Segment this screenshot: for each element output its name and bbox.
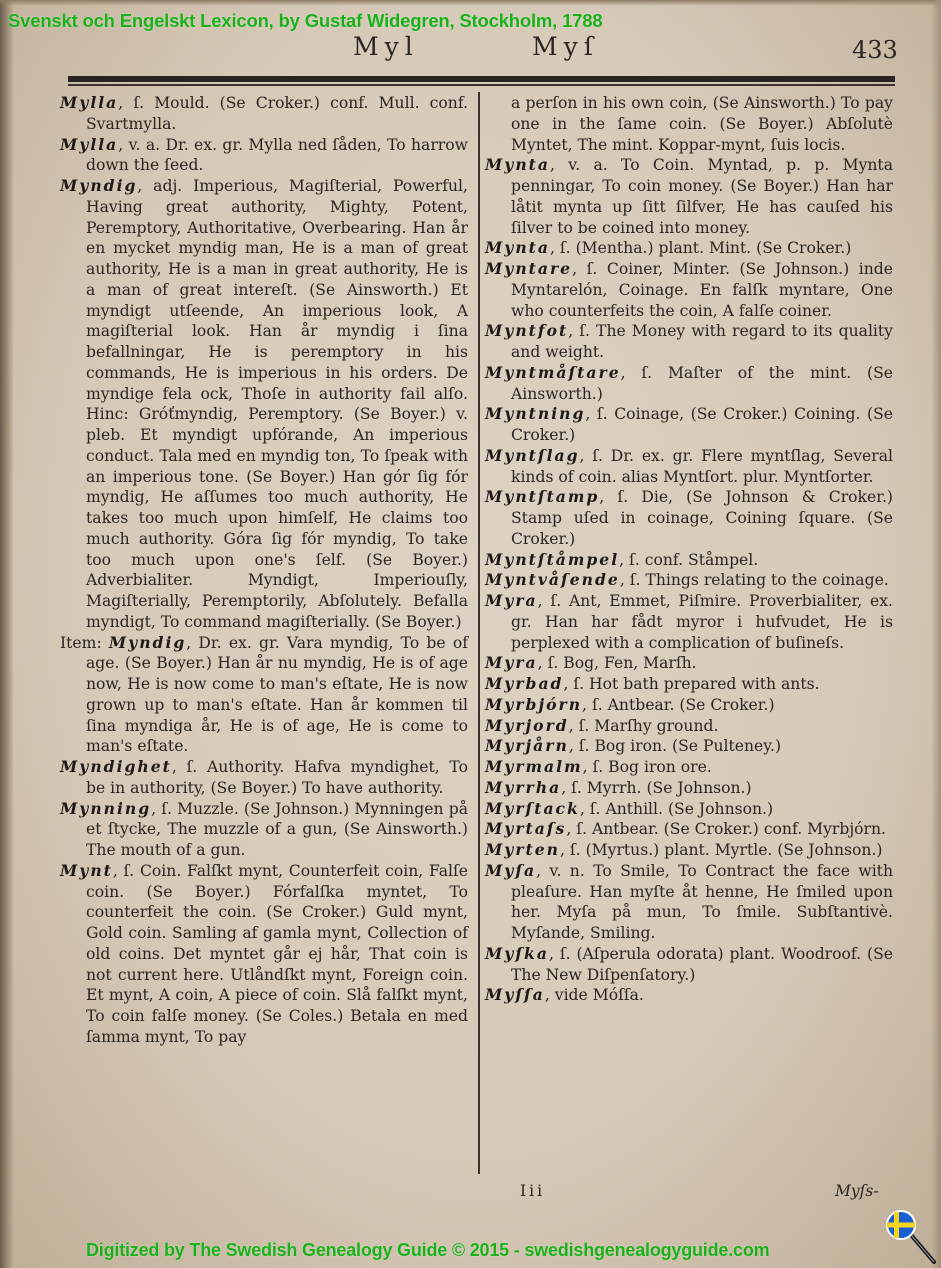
dictionary-entry: Myrjord, ſ. Marſhy ground. bbox=[485, 716, 893, 737]
dictionary-entry: Myrjårn, ſ. Bog iron. (Se Pulteney.) bbox=[485, 736, 893, 757]
entry-headword: Myrbjórn bbox=[485, 695, 582, 714]
entry-definition: , v. a. Dr. ex. gr. Mylla ned ſåden, To … bbox=[86, 136, 468, 175]
running-head-left: Myl bbox=[353, 32, 419, 61]
entry-headword: Myntning bbox=[485, 404, 585, 423]
running-head-right: Myſ bbox=[532, 32, 599, 61]
header-rule bbox=[68, 76, 895, 82]
entry-headword: Myntvåſende bbox=[485, 570, 620, 589]
entry-headword: Mylla bbox=[60, 93, 118, 112]
entry-headword: Myndighet bbox=[60, 757, 172, 776]
dictionary-entry: Myrbad, ſ. Hot bath prepared with ants. bbox=[485, 674, 893, 695]
dictionary-entry: Item: Myndig, Dr. ex. gr. Vara myndig, T… bbox=[60, 633, 468, 758]
entry-definition: , ſ. Hot bath prepared with ants. bbox=[563, 675, 819, 693]
entry-headword: Myrbad bbox=[485, 674, 563, 693]
dictionary-entry: Myntmåſtare, ſ. Maſter of the mint. (Se … bbox=[485, 363, 893, 405]
entry-definition: , ſ. Bog, Fen, Marſh. bbox=[538, 654, 697, 672]
entry-headword: Myndig bbox=[109, 633, 186, 652]
signature-mark: Iii bbox=[520, 1182, 545, 1200]
dictionary-entry: a perſon in his own coin, (Se Ainsworth.… bbox=[485, 93, 893, 155]
dictionary-entry: Myntſlag, ſ. Dr. ex. gr. Flere myntſlag,… bbox=[485, 446, 893, 488]
entry-definition: , ſ. Myrrh. (Se Johnson.) bbox=[561, 779, 751, 797]
dictionary-entry: Myrrha, ſ. Myrrh. (Se Johnson.) bbox=[485, 778, 893, 799]
entry-headword: Myſa bbox=[485, 861, 536, 880]
entry-headword: Myntare bbox=[485, 259, 572, 278]
entry-definition: , ſ. Ant, Emmet, Piſmire. Proverbialiter… bbox=[511, 592, 893, 652]
dictionary-entry: Mynning, ſ. Muzzle. (Se Johnson.) Mynnin… bbox=[60, 799, 468, 861]
entry-definition: a perſon in his own coin, (Se Ainsworth.… bbox=[511, 94, 893, 154]
entry-headword: Myrſtack bbox=[485, 799, 580, 818]
dictionary-entry: Mynta, ſ. (Mentha.) plant. Mint. (Se Cro… bbox=[485, 238, 893, 259]
entry-headword: Myrmalm bbox=[485, 757, 583, 776]
entry-headword: Myrrha bbox=[485, 778, 561, 797]
header-rule-thin bbox=[68, 84, 895, 86]
entry-definition: , ſ. Mould. (Se Croker.) conf. Mull. con… bbox=[86, 94, 468, 133]
entry-definition: , ſ. (Aſperula odorata) plant. Woodroof.… bbox=[511, 945, 893, 984]
dictionary-entry: Myrten, ſ. (Myrtus.) plant. Myrtle. (Se … bbox=[485, 840, 893, 861]
entry-definition: , ſ. Anthill. (Se Johnson.) bbox=[580, 800, 773, 818]
entry-definition: , ſ. (Myrtus.) plant. Myrtle. (Se Johnso… bbox=[560, 841, 883, 859]
entry-headword: Myra bbox=[485, 591, 538, 610]
dictionary-entry: Myndighet, ſ. Authority. Hafva myndighet… bbox=[60, 757, 468, 799]
entry-headword: Myntſlag bbox=[485, 446, 580, 465]
dictionary-entry: Mynt, ſ. Coin. Falſkt mynt, Counterfeit … bbox=[60, 861, 468, 1048]
entry-definition: , ſ. (Mentha.) plant. Mint. (Se Croker.) bbox=[550, 239, 851, 257]
dictionary-entry: Myntare, ſ. Coiner, Minter. (Se Johnson.… bbox=[485, 259, 893, 321]
page-shadow-top bbox=[0, 0, 941, 6]
dictionary-entry: Myſſa, vide Móſſa. bbox=[485, 985, 893, 1006]
entry-headword: Mynta bbox=[485, 238, 550, 257]
watermark-credit: Digitized by The Swedish Genealogy Guide… bbox=[86, 1240, 769, 1261]
dictionary-entry: Myndig, adj. Imperious, Magiſterial, Pow… bbox=[60, 176, 468, 633]
entry-definition: , ſ. Antbear. (Se Croker.) conf. Myrbjór… bbox=[566, 820, 886, 838]
entry-definition: , ſ. conf. Ståmpel. bbox=[619, 551, 758, 569]
watermark-title: Svenskt och Engelskt Lexicon, by Gustaf … bbox=[8, 10, 602, 32]
entry-definition: , adj. Imperious, Magiſterial, Powerful,… bbox=[86, 177, 468, 631]
entry-headword: Myrtaſs bbox=[485, 819, 566, 838]
entry-headword: Myſſa bbox=[485, 985, 545, 1004]
left-column: Mylla, ſ. Mould. (Se Croker.) conf. Mull… bbox=[60, 93, 468, 1048]
entry-headword: Myntfot bbox=[485, 321, 568, 340]
entry-definition: , ſ. Antbear. (Se Croker.) bbox=[582, 696, 775, 714]
entry-definition: , v. a. To Coin. Myntad, p. p. Mynta pen… bbox=[511, 156, 893, 236]
dictionary-entry: Myrbjórn, ſ. Antbear. (Se Croker.) bbox=[485, 695, 893, 716]
entry-headword: Myra bbox=[485, 653, 538, 672]
column-divider bbox=[478, 92, 480, 1174]
entry-headword: Myntmåſtare bbox=[485, 363, 621, 382]
dictionary-entry: Myrtaſs, ſ. Antbear. (Se Croker.) conf. … bbox=[485, 819, 893, 840]
dictionary-entry: Mylla, v. a. Dr. ex. gr. Mylla ned ſåden… bbox=[60, 135, 468, 177]
entry-headword: Myntſtamp bbox=[485, 487, 599, 506]
dictionary-entry: Myntfot, ſ. The Money with regard to its… bbox=[485, 321, 893, 363]
entry-headword: Myrjårn bbox=[485, 736, 569, 755]
dictionary-entry: Mylla, ſ. Mould. (Se Croker.) conf. Mull… bbox=[60, 93, 468, 135]
page-shadow-right bbox=[931, 0, 941, 1268]
entry-definition: , ſ. Bog iron. (Se Pulteney.) bbox=[569, 737, 781, 755]
swedish-flag-magnifier-icon bbox=[884, 1210, 940, 1266]
dictionary-entry: Myra, ſ. Bog, Fen, Marſh. bbox=[485, 653, 893, 674]
entry-headword: Mylla bbox=[60, 135, 118, 154]
page-shadow-left bbox=[0, 0, 14, 1268]
dictionary-entry: Myſka, ſ. (Aſperula odorata) plant. Wood… bbox=[485, 944, 893, 986]
entry-prefix: Item: bbox=[60, 634, 109, 652]
dictionary-entry: Mynta, v. a. To Coin. Myntad, p. p. Mynt… bbox=[485, 155, 893, 238]
entry-definition: , ſ. Things relating to the coinage. bbox=[620, 571, 889, 589]
entry-headword: Mynning bbox=[60, 799, 151, 818]
entry-definition: , ſ. Marſhy ground. bbox=[569, 717, 719, 735]
dictionary-entry: Myntſtåmpel, ſ. conf. Ståmpel. bbox=[485, 550, 893, 571]
entry-definition: , vide Móſſa. bbox=[545, 986, 644, 1004]
dictionary-entry: Myntvåſende, ſ. Things relating to the c… bbox=[485, 570, 893, 591]
dictionary-entry: Myrmalm, ſ. Bog iron ore. bbox=[485, 757, 893, 778]
entry-headword: Myrjord bbox=[485, 716, 569, 735]
entry-definition: , ſ. The Money with regard to its qualit… bbox=[511, 322, 893, 361]
entry-headword: Myndig bbox=[60, 176, 137, 195]
page-number: 433 bbox=[852, 36, 898, 64]
entry-definition: , ſ. Coin. Falſkt mynt, Counterfeit coin… bbox=[86, 862, 468, 1046]
dictionary-entry: Myrſtack, ſ. Anthill. (Se Johnson.) bbox=[485, 799, 893, 820]
entry-headword: Myntſtåmpel bbox=[485, 550, 619, 569]
dictionary-entry: Myntſtamp, ſ. Die, (Se Johnson & Croker.… bbox=[485, 487, 893, 549]
entry-definition: , v. n. To Smile, To Contract the face w… bbox=[511, 862, 893, 942]
entry-headword: Myrten bbox=[485, 840, 560, 859]
entry-headword: Mynt bbox=[60, 861, 113, 880]
entry-headword: Mynta bbox=[485, 155, 550, 174]
catchword: Myſs- bbox=[835, 1182, 879, 1200]
dictionary-entry: Myntning, ſ. Coinage, (Se Croker.) Coini… bbox=[485, 404, 893, 446]
dictionary-entry: Myſa, v. n. To Smile, To Contract the fa… bbox=[485, 861, 893, 944]
entry-headword: Myſka bbox=[485, 944, 549, 963]
dictionary-entry: Myra, ſ. Ant, Emmet, Piſmire. Proverbial… bbox=[485, 591, 893, 653]
entry-definition: , ſ. Bog iron ore. bbox=[583, 758, 712, 776]
right-column: a perſon in his own coin, (Se Ainsworth.… bbox=[485, 93, 893, 1006]
